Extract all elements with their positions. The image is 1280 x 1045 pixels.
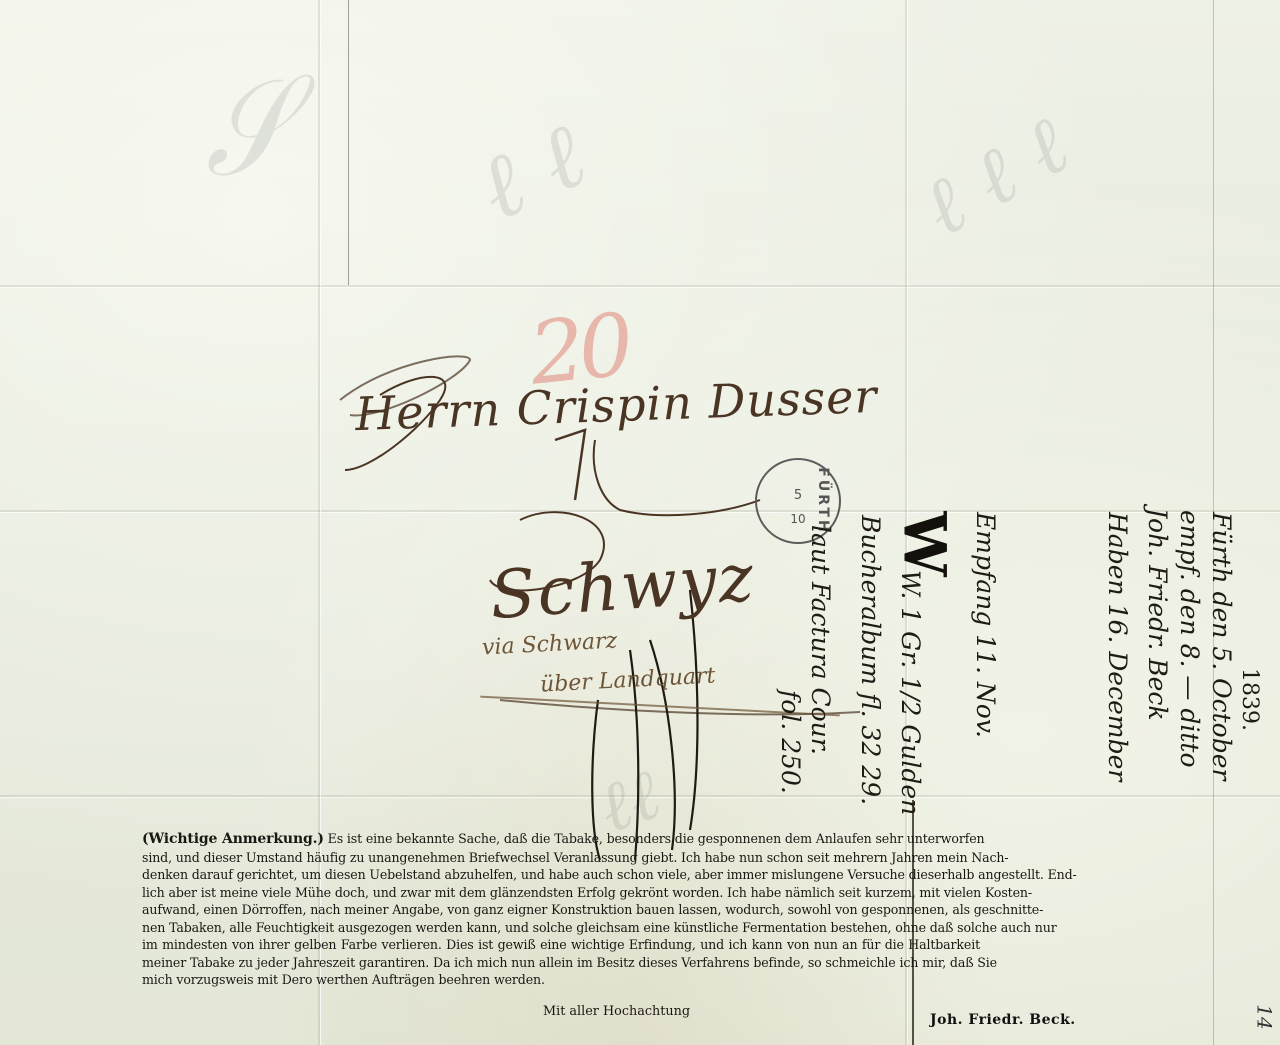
notice-line: nen Tabaken, alle Feuchtigkeit ausgezoge… <box>142 919 980 937</box>
notice-line: denken darauf gerichtet, um diesen Uebel… <box>142 866 980 884</box>
closing-phrase: Mit aller Hochachtung <box>543 1004 690 1019</box>
docket-line: Haben 16. December <box>1103 512 1132 781</box>
notice-line-1: (Wichtige Anmerkung.) Es ist eine bekann… <box>142 830 980 849</box>
notice-line: lich aber ist meine viele Mühe doch, und… <box>142 884 980 902</box>
notice-line: aufwand, einen Dörroffen, nach meiner An… <box>142 901 980 919</box>
postmark-day: 5 <box>757 488 839 503</box>
docket-line: fol. 250. <box>776 690 805 794</box>
docket-line: Joh. Friedr. Beck <box>1143 508 1172 721</box>
docket-line: laut Factura Cour. <box>806 525 835 755</box>
letter-sheet: 𝒮 ℓ ℓ ℓ ℓ ℓ ℓℓ 20 Herrn Crispin Dusser S… <box>0 0 1280 1045</box>
notice-line: im mindesten von ihrer gelben Farbe verl… <box>142 936 980 954</box>
docket-initial: W <box>891 511 959 576</box>
printed-notice: (Wichtige Anmerkung.) Es ist eine bekann… <box>142 830 980 989</box>
docket-line: Fürth den 5. October <box>1207 512 1236 780</box>
docket-line: empf. den 8. — ditto <box>1175 510 1204 768</box>
docket-line: W. 1 Gr. 1/2 Gulden <box>896 570 925 815</box>
notice-line: mich vorzugsweis mit Dero werthen Aufträ… <box>142 971 980 989</box>
notice-line: sind, und dieser Umstand häufig zu unang… <box>142 849 980 867</box>
notice-heading: (Wichtige Anmerkung.) <box>142 831 324 847</box>
printed-signature: Joh. Friedr. Beck. <box>930 1012 1076 1028</box>
notice-line: meiner Tabake zu jeder Jahreszeit garant… <box>142 954 980 972</box>
docket-line: Bucheralbum fl. 32 29. <box>856 515 885 805</box>
docket-year: 1839. <box>1237 668 1262 731</box>
corner-pencil-mark: 14 <box>1253 1004 1277 1029</box>
postmark-month: 10 <box>757 512 839 526</box>
docket-line: Empfang 11. Nov. <box>971 512 1000 738</box>
